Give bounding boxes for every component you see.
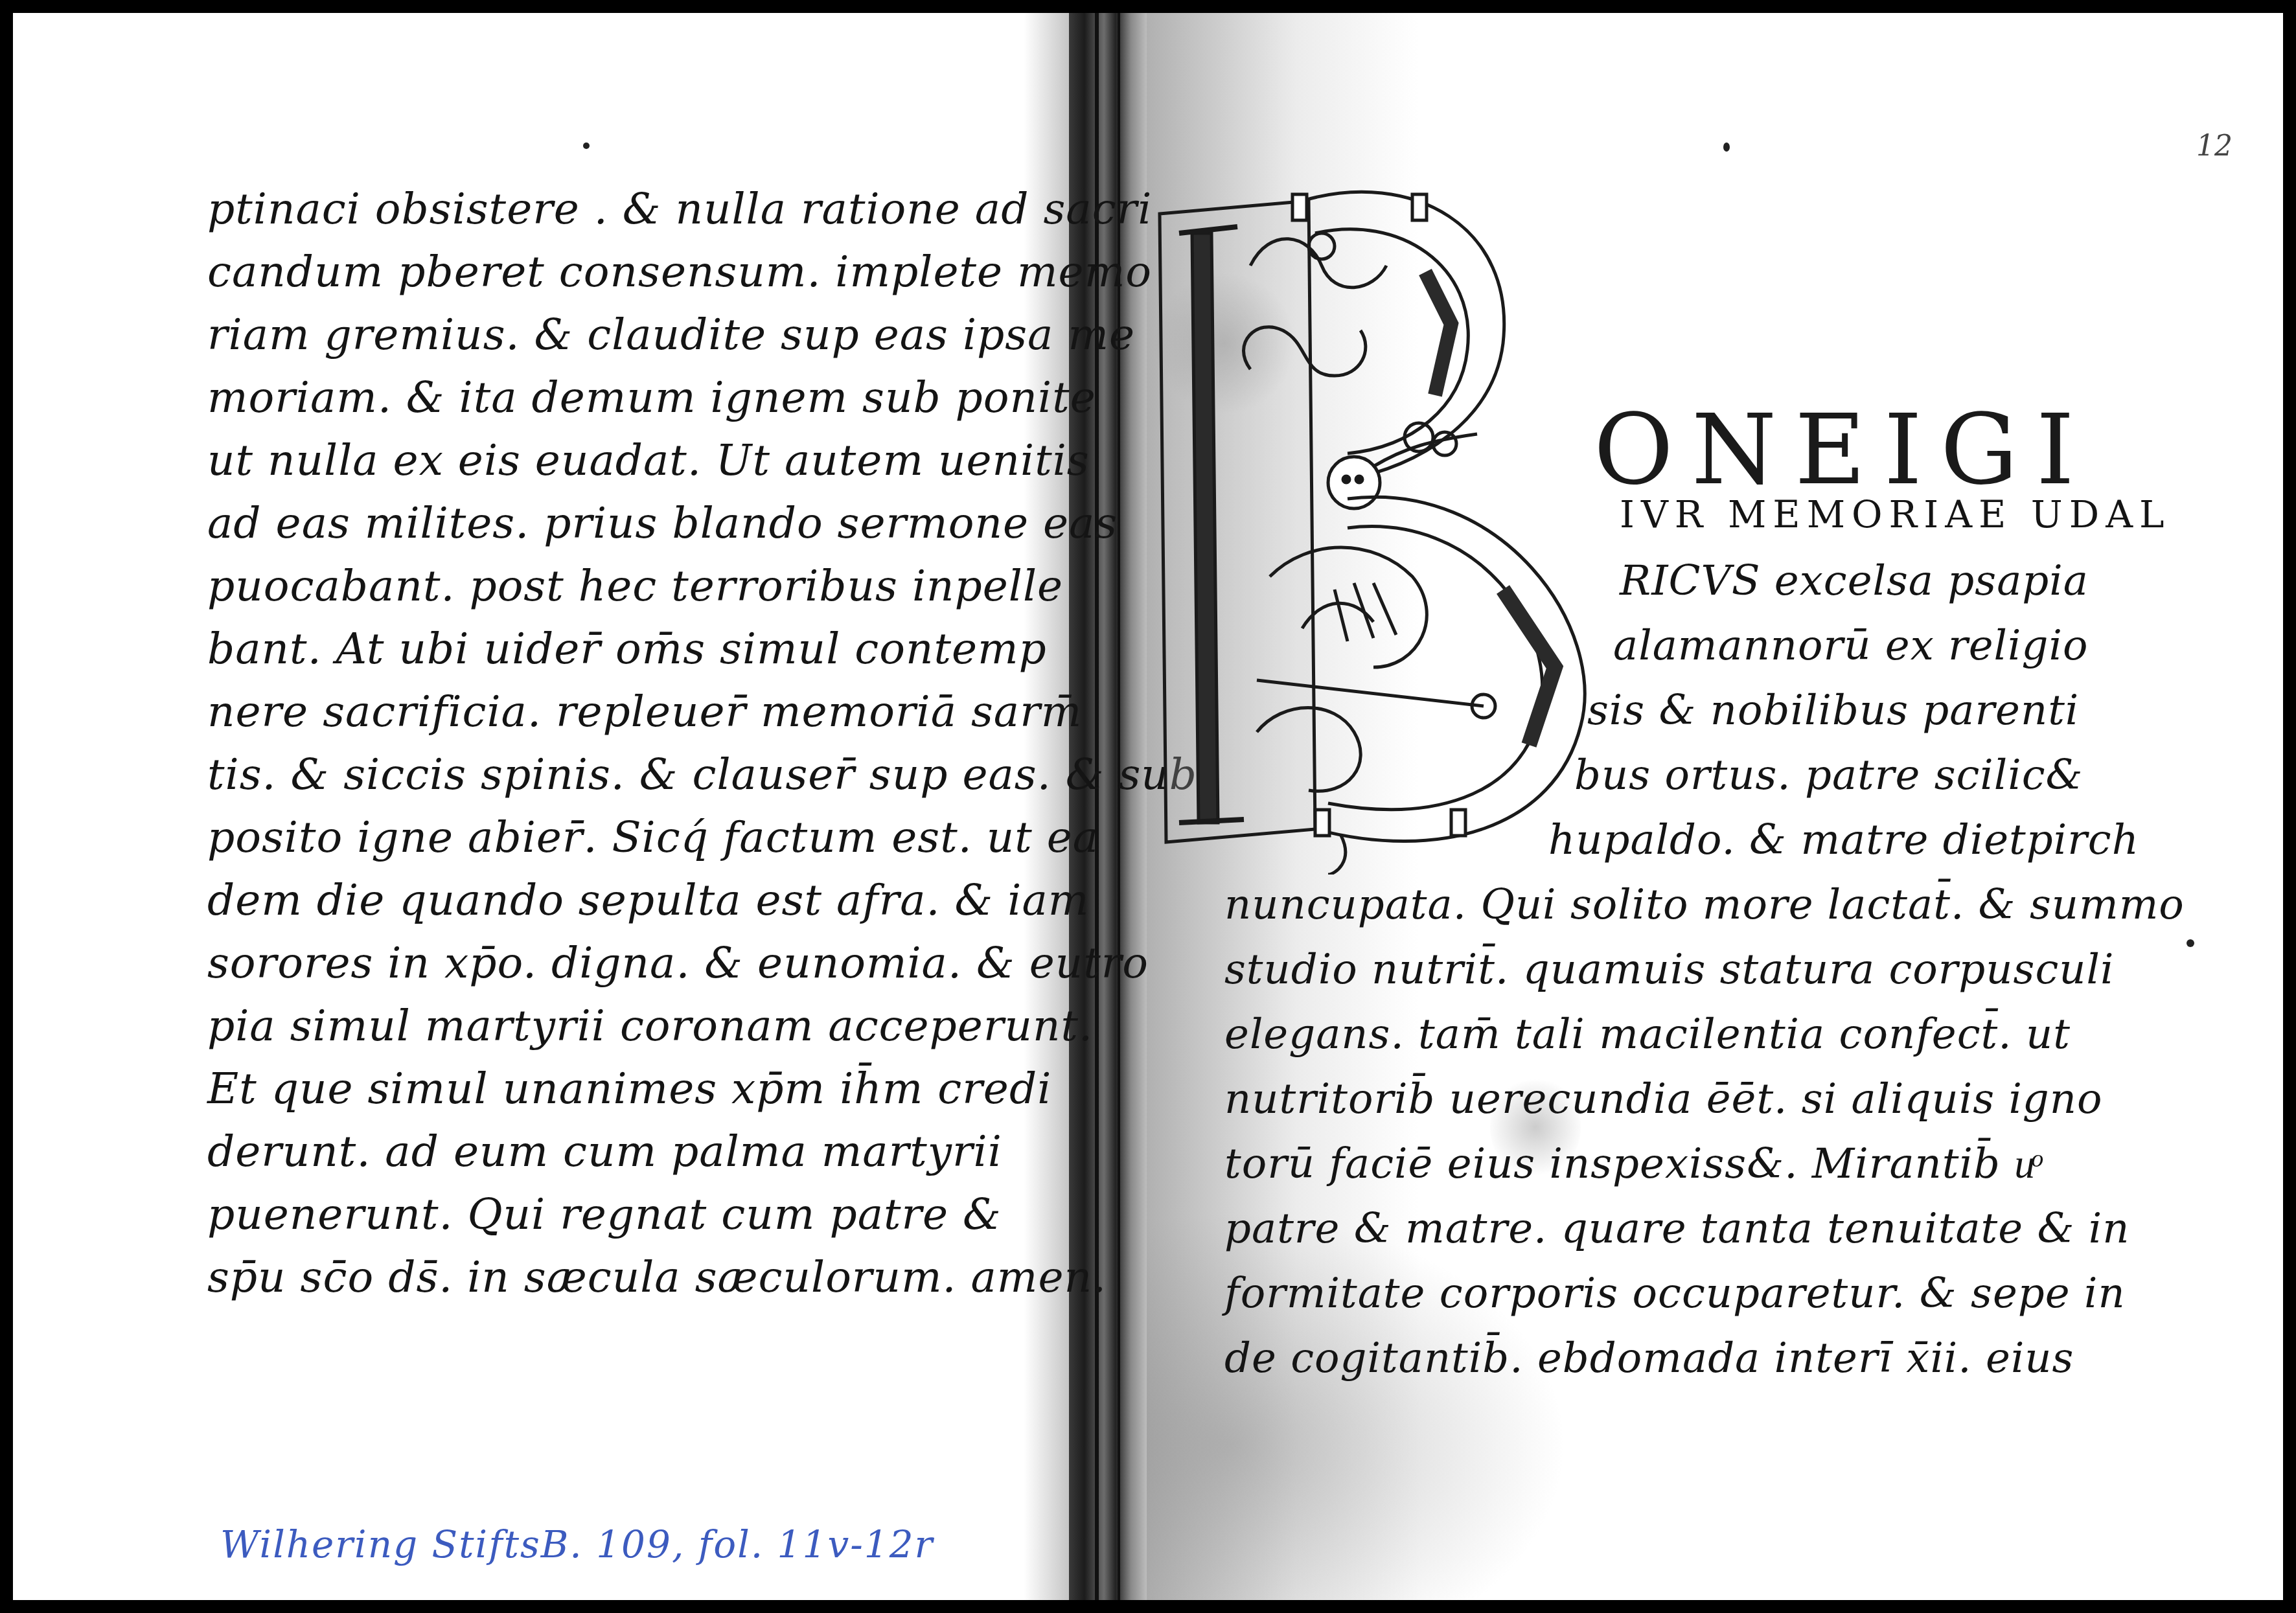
text-line: pia simul martyrii coronam acceperunt. (207, 1005, 1093, 1047)
text-line: moriam. & ita demum ignem sub ponite (207, 376, 1096, 419)
text-line: hupaldo. & matre dietpirch (1548, 819, 2139, 861)
shelfmark-annotation: Wilhering StiftsB. 109, fol. 11v-12r (220, 1522, 934, 1566)
folio-number: 12 (2196, 130, 2233, 163)
text-line: Et que simul unanimes xp̄m ih̄m credi (207, 1068, 1051, 1110)
text-line: derunt. ad eum cum palma martyrii (207, 1130, 1002, 1173)
text-line: dem die quando sepulta est afra. & iam (207, 879, 1089, 922)
text-line: bus ortus. patre scilic& (1574, 755, 2084, 796)
speck (2187, 939, 2194, 947)
text-line: de cogitantib̄. ebdomada interī x̄ii. e… (1224, 1338, 2074, 1379)
manuscript-spread: ptinaci obsistere . & nulla ratione ad s… (13, 13, 2283, 1600)
text-line: sorores in xp̄o. digna. & eunomia. & eut… (207, 942, 1149, 985)
text-line: ut nulla ex eis euadat. Ut autem uenitis (207, 439, 1090, 482)
text-line: ptinaci obsistere . & nulla ratione ad s… (207, 188, 1152, 231)
text-line: formitate corporis occuparetur. & sepe i… (1224, 1273, 2126, 1314)
text-line: sp̄u sc̄o ds̄. in sæcula sæculorum. amen… (207, 1256, 1107, 1299)
text-line: nutritorib̄ uerecundia ēēt. si aliquis… (1224, 1079, 2103, 1120)
heading-capitals: ONEIGI (1594, 402, 2093, 499)
text-line: puocabant. post hec terroribus inpelle (207, 565, 1063, 608)
text-line: tis. & siccis spinis. & clauser̄ sup eas… (207, 753, 1197, 796)
text-line: torū faciē eius inspexiss&. Mirantib̄ … (1224, 1143, 2036, 1185)
decorated-initial-b-icon (1140, 175, 1607, 875)
text-line: posito igne abier̄. Sicq́ factum est. ut… (207, 816, 1099, 859)
text-line: sis & nobilibus parenti (1587, 690, 2079, 731)
text-line: elegans. tam̄ tali macilentia confect̄. … (1224, 1014, 2071, 1055)
text-line: IVR MEMORIAE UDAL (1620, 496, 2171, 533)
text-line: patre & matre. quare tanta tenuitate & i… (1224, 1208, 2130, 1250)
speck (583, 143, 590, 149)
text-line: studio nutrit̄. quamuis statura corpuscu… (1224, 949, 2114, 990)
text-line: ad eas milites. prius blando sermone eas (207, 502, 1118, 545)
text-line: riam gremius. & claudite sup eas ipsa me (207, 314, 1135, 356)
text-line: puenerunt. Qui regnat cum patre & (207, 1193, 1002, 1236)
text-line: bant. At ubi uider̄ om̄s simul contemp (207, 628, 1047, 670)
text-line: nere sacrificia. repleuer̄ memoriā sarm… (207, 691, 1082, 733)
speck (1723, 143, 1730, 152)
text-line: RICVS excelsa psapia (1620, 560, 2089, 602)
text-line: nuncupata. Qui solito more lactat̄. & su… (1224, 884, 2185, 926)
text-line: alamannorū ex religio (1613, 625, 2088, 667)
text-line: candum pberet consensum. implete memo (207, 251, 1152, 293)
